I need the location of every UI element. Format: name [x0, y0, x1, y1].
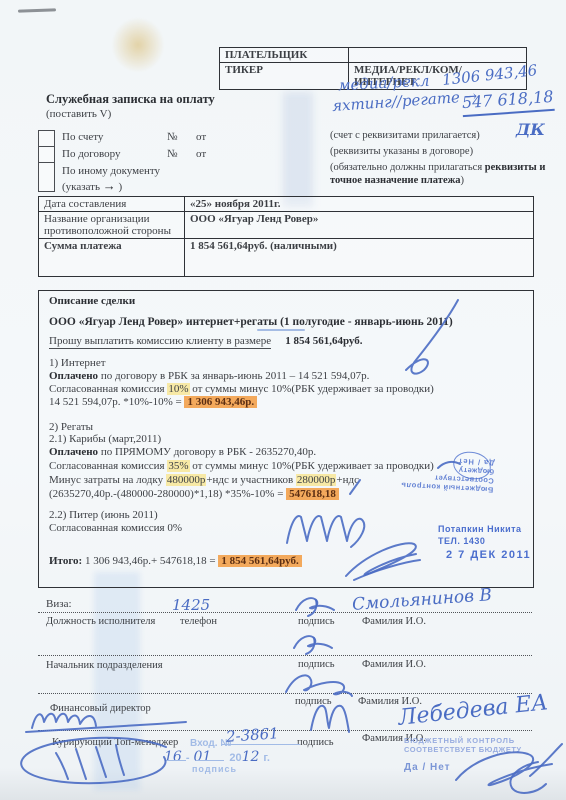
total-label: Итого:: [49, 555, 82, 567]
calc-text: 14 521 594,07р. *10%-10% =: [49, 396, 182, 408]
row1-phone-label: телефон: [180, 616, 217, 629]
deal-request-line: Прошу выплатить комиссию клиенту в разме…: [49, 335, 363, 348]
signature-row2: [290, 630, 336, 654]
checkbox-column: [38, 130, 55, 192]
row2-name-label: Фамилия И.О.: [362, 659, 426, 672]
incoming-number-line: [222, 744, 300, 745]
caribs-paid-line: Оплачено по ПРЯМОМУ договору в РБК - 263…: [49, 446, 316, 459]
potapkin-tel: ТЕЛ. 1430: [438, 536, 531, 546]
payer-label: ПЛАТЕЛЬЩИК: [220, 48, 349, 62]
calc2-text: (2635270,40р.-(480000-280000)*1,18) *35%…: [49, 488, 283, 500]
internet-heading: 1) Интернет: [49, 357, 106, 370]
amount-value: 1 854 561,64руб. (наличными): [185, 239, 533, 276]
paid-text: по договору в РБК за январь-июнь 2011 – …: [101, 370, 370, 382]
scanned-memo-page: ПЛАТЕЛЬЩИК ТИКЕР МЕДИА/РЕКЛ/КОМ/ИНТЕРНЕТ…: [0, 0, 566, 800]
comm2-highlight: 35%: [167, 460, 189, 472]
row4-sign-label: подпись: [297, 737, 334, 750]
total-result-highlight: 1 854 561,64руб.: [218, 555, 301, 567]
comm2-text-a: Согласованная комиссия: [49, 460, 165, 472]
internet-calc-line: 14 521 594,07р. *10%-10% = 1 306 943,46р…: [49, 396, 257, 409]
caribs-heading: 2.1) Карибы (март,2011): [49, 433, 161, 446]
caribs-costs-line: Минус затраты на лодку 480000р+ндс и уча…: [49, 474, 359, 487]
pen-slash-mark: [348, 478, 362, 496]
dotted-divider: [38, 655, 532, 656]
pen-check-mark: [436, 458, 462, 472]
signature-flourish-request: [398, 296, 462, 378]
signature-topmanager-oval: [8, 733, 178, 791]
org-value: ООО «Ягуар Ленд Ровер»: [185, 212, 533, 238]
signature-bottom-right-2: [498, 754, 556, 798]
payer-row: ПЛАТЕЛЬЩИК: [220, 48, 526, 62]
costs-highlight-participants: 280000р: [296, 474, 337, 486]
month-underline: [196, 746, 224, 761]
piter-commission: Согласованная комиссия 0%: [49, 522, 182, 535]
paid-text-2: по ПРЯМОМУ договору в РБК - 2635270,40р.: [101, 446, 316, 458]
checkbox-po-inomu[interactable]: [38, 162, 55, 192]
note-mandatory-2: точное назначение платежа): [330, 175, 464, 188]
year-prefix: 20: [229, 752, 241, 764]
deal-request-amount: 1 854 561,64руб.: [285, 335, 362, 347]
year-suffix: г.: [263, 752, 270, 764]
memo-subtitle: (поставить V): [46, 108, 111, 121]
comm-text-a: Согласованная комиссия: [49, 383, 165, 395]
date-row: Дата составления «25» ноября 2011г.: [39, 197, 533, 211]
caribs-result-highlight: 547618,18: [286, 488, 339, 500]
deal-request-text: Прошу выплатить комиссию клиенту в разме…: [49, 335, 271, 349]
costs-text-a: Минус затраты на лодку: [49, 474, 163, 486]
signature-findir-m: [305, 696, 351, 736]
caribs-commission-line: Согласованная комиссия 35% от суммы мину…: [49, 460, 434, 473]
incoming-sign-label: подпись: [192, 764, 237, 775]
amount-label: Сумма платежа: [39, 239, 185, 276]
incoming-year: 12: [242, 749, 260, 765]
total-expr: 1 306 943,46р.+ 547618,18 =: [85, 555, 216, 567]
checklist-item-inoy-hint: (указать → ): [62, 178, 122, 194]
signature-row3-upper: [282, 670, 354, 698]
piter-heading: 2.2) Питер (июнь 2011): [49, 509, 158, 522]
payer-value: [349, 48, 526, 62]
show-through-band: [283, 92, 313, 207]
org-row: Название организации противоположной сто…: [39, 211, 533, 238]
date-label: Дата составления: [39, 197, 185, 211]
number-label-2: №: [167, 148, 178, 161]
checkbox-po-schetu[interactable]: [38, 130, 55, 147]
paid-label: Оплачено: [49, 370, 98, 382]
from-label-2: от: [196, 148, 206, 161]
date-dash: -: [186, 752, 190, 764]
paid-label-2: Оплачено: [49, 446, 98, 458]
note-mandatory-1: (обязательно должны прилагаться реквизит…: [330, 162, 545, 175]
potapkin-name: Потапкин Никита: [438, 524, 531, 534]
deal-subject: ООО «Ягуар Ленд Ровер» интернет+регаты (…: [49, 315, 453, 329]
checklist-item-schet: По счету: [62, 131, 103, 144]
note-bold-1: реквизиты и: [485, 162, 546, 173]
payment-info-table: Дата составления «25» ноября 2011г. Назв…: [38, 196, 534, 277]
note-invoice: (счет с реквизитами прилагается): [330, 130, 480, 143]
hint-text: (указать: [62, 181, 100, 193]
arrow-right-icon: →: [103, 178, 116, 193]
ticker-label: ТИКЕР: [220, 63, 349, 89]
from-label-1: от: [196, 131, 206, 144]
internet-paid-line: Оплачено по договору в РБК за январь-июн…: [49, 370, 369, 383]
checkbox-po-dogovoru[interactable]: [38, 146, 55, 163]
potapkin-stamp: Потапкин Никита ТЕЛ. 1430 2 7 ДЕК 2011: [438, 524, 531, 561]
memo-title: Служебная записка на оплату: [46, 92, 215, 107]
checklist-item-dogovor: По договору: [62, 148, 121, 161]
potapkin-date: 2 7 ДЕК 2011: [446, 549, 531, 561]
number-label-1: №: [167, 131, 178, 144]
comm-highlight: 10%: [167, 383, 189, 395]
signature-visa-row: [292, 592, 338, 616]
note-close: ): [460, 175, 464, 186]
date-value: «25» ноября 2011г.: [185, 197, 533, 211]
total-line: Итого: 1 306 943,46р.+ 547618,18 = 1 854…: [49, 555, 302, 568]
note-contract: (реквизиты указаны в договоре): [330, 146, 473, 159]
row1-name-label: Фамилия И.О.: [362, 616, 426, 629]
visa-label: Виза:: [46, 598, 72, 611]
amount-row: Сумма платежа 1 854 561,64руб. (наличным…: [39, 238, 533, 276]
note-bold-2: точное назначение платежа: [330, 175, 460, 186]
paper-stain: [112, 18, 164, 72]
internet-result-highlight: 1 306 943,46р.: [184, 396, 257, 408]
row1-role: Должность исполнителя: [46, 616, 155, 629]
caribs-calc-line: (2635270,40р.-(480000-280000)*1,18) *35%…: [49, 488, 339, 501]
row1-sign-label: подпись: [298, 616, 335, 629]
deal-header: Описание сделки: [49, 295, 135, 308]
signature-shahin: [22, 704, 190, 736]
handwriting-incoming-number: 2-3861: [225, 724, 279, 746]
org-label: Название организации противоположной сто…: [39, 212, 185, 238]
scan-artifact-dash: [18, 8, 56, 12]
signature-ellipse-mid: [340, 534, 422, 582]
pen-underline-mark: [257, 329, 305, 331]
row2-role: Начальник подразделения: [46, 660, 163, 673]
internet-commission-line: Согласованная комиссия 10% от суммы мину…: [49, 383, 434, 396]
dotted-divider: [38, 612, 532, 613]
costs-highlight-boat: 480000р: [166, 474, 207, 486]
costs-text-b: +ндс и участников: [206, 474, 293, 486]
note-plain: (обязательно должны прилагаться: [330, 162, 485, 173]
handwriting-initials: ДК: [516, 120, 545, 140]
handwriting-regatta-amount: 547 618,18: [461, 87, 554, 117]
checklist-item-inoy: По иному документу: [62, 165, 160, 178]
hint-close: ): [119, 181, 123, 193]
comm-text-b: от суммы минус 10%(РБК удерживает за про…: [192, 383, 434, 395]
